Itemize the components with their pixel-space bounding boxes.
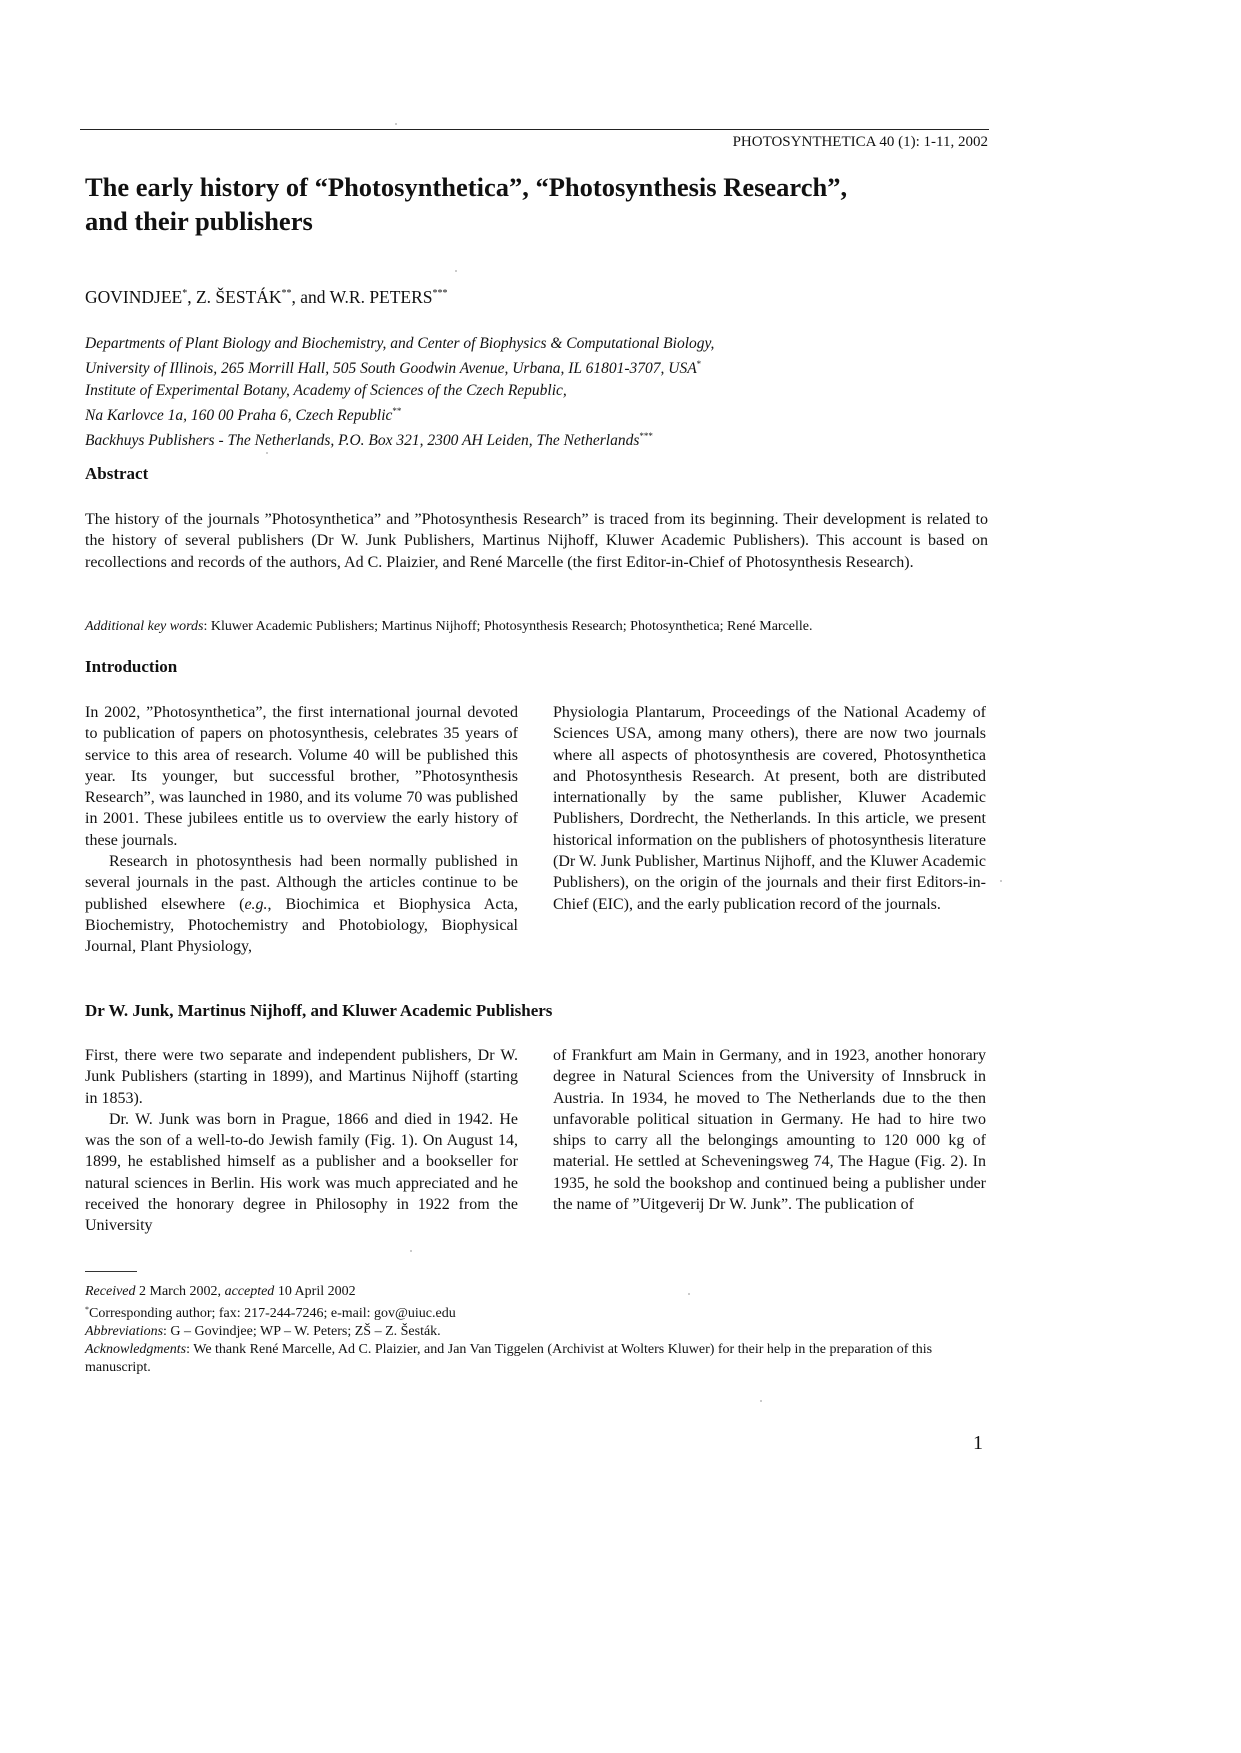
footnote-corresponding: *Corresponding author; fax: 217-244-7246… xyxy=(85,1301,988,1323)
header-rule xyxy=(80,129,989,130)
footnotes: Received 2 March 2002, accepted 10 April… xyxy=(85,1283,988,1377)
article-title: The early history of “Photosynthetica”, … xyxy=(85,170,990,238)
page-number: 1 xyxy=(973,1432,983,1455)
acknowledgments-label: Acknowledgments xyxy=(85,1342,186,1357)
affiliation-mark: *** xyxy=(639,431,653,441)
affiliation-line: University of Illinois, 265 Morrill Hall… xyxy=(85,354,714,379)
title-line-2: and their publishers xyxy=(85,204,990,238)
scan-speck xyxy=(410,1250,412,1252)
publishers-right-column: of Frankfurt am Main in Germany, and in … xyxy=(553,1045,986,1215)
accepted-date: 10 April 2002 xyxy=(274,1284,355,1299)
affiliation-line: Departments of Plant Biology and Biochem… xyxy=(85,333,714,354)
introduction-left-column: In 2002, ”Photosynthetica”, the first in… xyxy=(85,702,518,958)
abbreviations-label: Abbreviations xyxy=(85,1324,163,1339)
footnote-acknowledgments: Acknowledgments: We thank René Marcelle,… xyxy=(85,1341,988,1377)
affiliation-line: Na Karlovce 1a, 160 00 Praha 6, Czech Re… xyxy=(85,401,714,426)
scan-speck xyxy=(688,1293,690,1295)
keywords-list: : Kluwer Academic Publishers; Martinus N… xyxy=(203,619,812,634)
footnote-received: Received 2 March 2002, accepted 10 April… xyxy=(85,1283,988,1301)
paragraph: Physiologia Plantarum, Proceedings of th… xyxy=(553,702,986,915)
paragraph: of Frankfurt am Main in Germany, and in … xyxy=(553,1045,986,1215)
title-line-1: The early history of “Photosynthetica”, … xyxy=(85,170,990,204)
affiliation-text: Backhuys Publishers - The Netherlands, P… xyxy=(85,432,639,449)
received-date: 2 March 2002, xyxy=(136,1284,225,1299)
affiliation-line: Backhuys Publishers - The Netherlands, P… xyxy=(85,426,714,451)
running-head: PHOTOSYNTHETICA 40 (1): 1-11, 2002 xyxy=(733,134,988,151)
scan-speck xyxy=(760,1400,762,1402)
author-name: GOVINDJEE xyxy=(85,287,182,307)
author-separator: , and xyxy=(292,287,330,307)
footnote-rule xyxy=(85,1271,137,1272)
paragraph-emphasis: e.g. xyxy=(244,896,267,913)
footnote-abbreviations: Abbreviations: G – Govindjee; WP – W. Pe… xyxy=(85,1323,988,1341)
abstract-text: The history of the journals ”Photosynthe… xyxy=(85,509,988,573)
keywords-label: Additional key words xyxy=(85,619,203,634)
affiliations: Departments of Plant Biology and Biochem… xyxy=(85,333,714,451)
scan-speck xyxy=(266,452,268,454)
acknowledgments-text: : We thank René Marcelle, Ad C. Plaizier… xyxy=(85,1342,932,1375)
introduction-right-column: Physiologia Plantarum, Proceedings of th… xyxy=(553,702,986,915)
received-label: Received xyxy=(85,1284,136,1299)
affiliation-text: Na Karlovce 1a, 160 00 Praha 6, Czech Re… xyxy=(85,407,392,424)
author-separator: , xyxy=(187,287,196,307)
paragraph: First, there were two separate and indep… xyxy=(85,1045,518,1109)
scan-speck xyxy=(1000,880,1002,882)
corresponding-text: Corresponding author; fax: 217-244-7246;… xyxy=(89,1306,456,1321)
introduction-heading: Introduction xyxy=(85,657,177,677)
keywords: Additional key words: Kluwer Academic Pu… xyxy=(85,619,988,635)
publishers-section-heading: Dr W. Junk, Martinus Nijhoff, and Kluwer… xyxy=(85,1001,552,1021)
author-name: Z. ŠESTÁK xyxy=(196,287,282,307)
paragraph: Research in photosynthesis had been norm… xyxy=(85,851,518,957)
affiliation-mark: ** xyxy=(392,406,401,416)
affiliation-text: University of Illinois, 265 Morrill Hall… xyxy=(85,360,697,377)
abbreviations-text: : G – Govindjee; WP – W. Peters; ZŠ – Z.… xyxy=(163,1324,441,1339)
affiliation-line: Institute of Experimental Botany, Academ… xyxy=(85,380,714,401)
scan-speck xyxy=(455,270,457,272)
author-name: W.R. PETERS xyxy=(330,287,433,307)
affiliation-text: Departments of Plant Biology and Biochem… xyxy=(85,335,714,352)
affiliation-text: Institute of Experimental Botany, Academ… xyxy=(85,382,567,399)
author-mark: ** xyxy=(282,288,292,299)
paragraph: Dr. W. Junk was born in Prague, 1866 and… xyxy=(85,1109,518,1237)
paragraph: In 2002, ”Photosynthetica”, the first in… xyxy=(85,702,518,851)
scan-speck xyxy=(395,123,397,125)
author-mark: *** xyxy=(433,288,448,299)
abstract-heading: Abstract xyxy=(85,464,148,484)
author-list: GOVINDJEE*, Z. ŠESTÁK**, and W.R. PETERS… xyxy=(85,287,448,308)
publishers-left-column: First, there were two separate and indep… xyxy=(85,1045,518,1237)
affiliation-mark: * xyxy=(697,359,702,369)
accepted-label: accepted xyxy=(225,1284,275,1299)
